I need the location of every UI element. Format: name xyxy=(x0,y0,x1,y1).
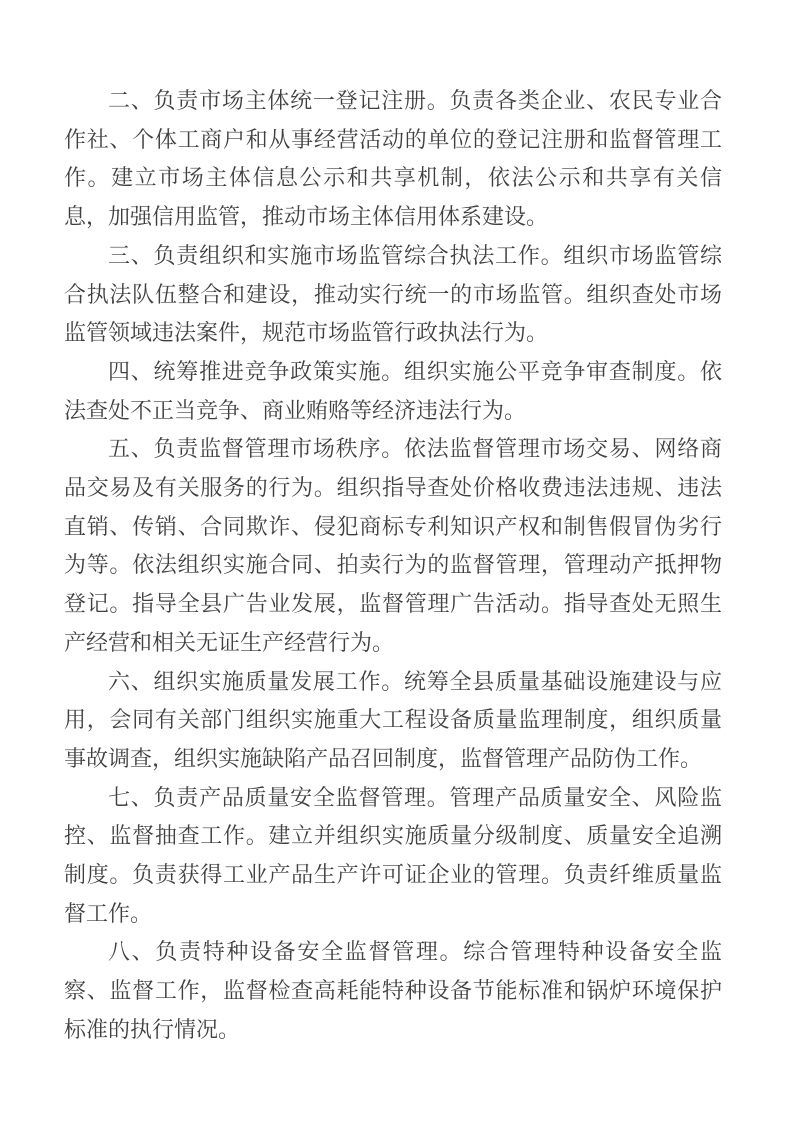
paragraph-item-8: 八、负责特种设备安全监督管理。综合管理特种设备安全监察、监督工作，监督检查高耗能… xyxy=(64,933,722,1049)
paragraph-item-2: 二、负责市场主体统一登记注册。负责各类企业、农民专业合作社、个体工商户和从事经营… xyxy=(64,82,722,237)
paragraph-item-3: 三、负责组织和实施市场监管综合执法工作。组织市场监管综合执法队伍整合和建设，推动… xyxy=(64,237,722,353)
document-page: 二、负责市场主体统一登记注册。负责各类企业、农民专业合作社、个体工商户和从事经营… xyxy=(0,0,793,1122)
paragraph-item-4: 四、统筹推进竞争政策实施。组织实施公平竞争审查制度。依法查处不正当竞争、商业贿赂… xyxy=(64,353,722,430)
paragraph-item-5: 五、负责监督管理市场秩序。依法监督管理市场交易、网络商品交易及有关服务的行为。组… xyxy=(64,430,722,662)
paragraph-item-7: 七、负责产品质量安全监督管理。管理产品质量安全、风险监控、监督抽查工作。建立并组… xyxy=(64,779,722,934)
paragraph-item-6: 六、组织实施质量发展工作。统筹全县质量基础设施建设与应用，会同有关部门组织实施重… xyxy=(64,663,722,779)
